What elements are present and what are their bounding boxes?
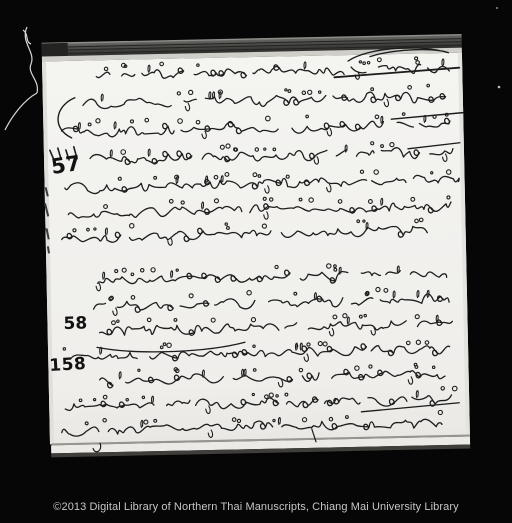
binding-thread-icon: [5, 27, 37, 130]
copyright-caption: ©2013 Digital Library of Northern Thai M…: [0, 501, 512, 513]
manuscript-page: [42, 53, 470, 445]
dust-speck: [496, 7, 498, 9]
photo-art: [0, 0, 512, 523]
manuscript-book: [42, 35, 471, 458]
manuscript-photo: 57 58 158 ©2013 Digital Library of North…: [0, 0, 512, 523]
dust-speck: [498, 86, 501, 89]
